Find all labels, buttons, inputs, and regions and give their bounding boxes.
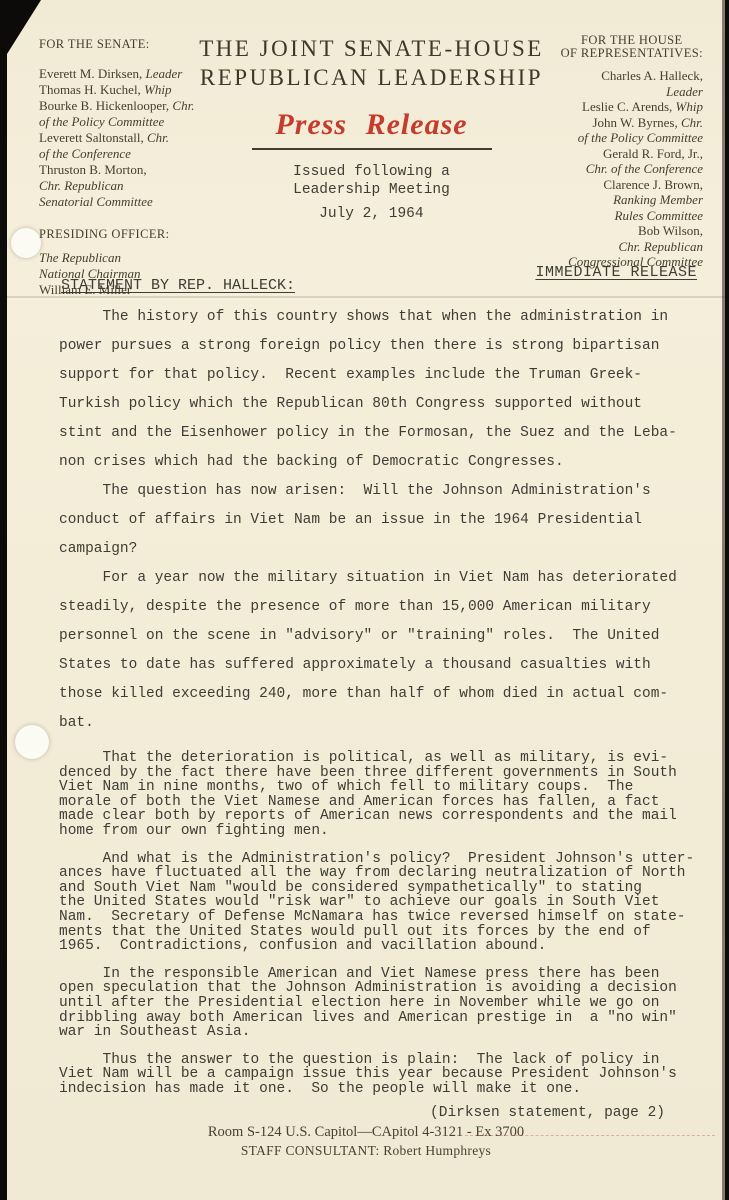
statement-body: The history of this country shows that w…: [59, 303, 715, 1121]
hole-punch: [11, 228, 41, 258]
body-paragraph: And what is the Administration's policy?…: [59, 852, 715, 954]
masthead-line: Gerald R. Ford, Jr.,: [498, 146, 703, 162]
masthead-line: Ranking Member: [498, 192, 703, 208]
house-heading: FOR THE HOUSE OF REPRESENTATIVES:: [561, 34, 703, 60]
masthead-line: John W. Byrnes, Chr.: [498, 115, 703, 131]
scanned-document-page: { "colors": { "paper": "#f3edd8", "accen…: [0, 0, 729, 1200]
scan-edge: [722, 0, 725, 1200]
house-leader-list: Charles A. Halleck,LeaderLeslie C. Arend…: [498, 68, 703, 270]
release-date: July 2, 1964: [319, 205, 450, 223]
press-release-rule: [252, 148, 492, 150]
body-paragraph: The question has now arisen: Will the Jo…: [59, 477, 715, 564]
hole-punch: [15, 725, 49, 759]
footer: Room S-124 U.S. Capitol—CApitol 4-3121 -…: [7, 1122, 725, 1160]
document-header: THE JOINT SENATE-HOUSE REPUBLICAN LEADER…: [199, 34, 544, 223]
footer-address-line: Room S-124 U.S. Capitol—CApitol 4-3121 -…: [7, 1122, 725, 1142]
masthead-line: of the Policy Committee: [498, 130, 703, 146]
body-paragraph: The history of this country shows that w…: [59, 303, 715, 477]
immediate-release-label: IMMEDIATE RELEASE: [535, 264, 697, 281]
masthead-line: Charles A. Halleck,: [498, 68, 703, 84]
page-title: THE JOINT SENATE-HOUSE REPUBLICAN LEADER…: [199, 34, 544, 92]
masthead-line: Chr. of the Conference: [498, 161, 703, 177]
title-line-1: THE JOINT SENATE-HOUSE: [199, 34, 544, 63]
press-release-label: Press Release: [199, 109, 544, 141]
masthead-line: Leader: [498, 84, 703, 100]
footer-staff-line: STAFF CONSULTANT: Robert Humphreys: [7, 1142, 725, 1160]
body-paragraph: That the deterioration is political, as …: [59, 751, 715, 839]
presiding-officer-heading: PRESIDING OFFICER:: [39, 226, 229, 242]
closing-note: (Dirksen statement, page 2): [59, 1105, 715, 1121]
paper-sheet: FOR THE SENATE: Everett M. Dirksen, Lead…: [7, 0, 725, 1200]
masthead-line: Chr. Republican: [498, 239, 703, 255]
masthead-line: Rules Committee: [498, 208, 703, 224]
body-paragraph: In the responsible American and Viet Nam…: [59, 967, 715, 1040]
issued-note-text: Issued following a Leadership Meeting: [293, 164, 450, 198]
body-paragraph: For a year now the military situation in…: [59, 564, 715, 738]
title-line-2: REPUBLICAN LEADERSHIP: [199, 63, 544, 92]
issued-note-wrap: Issued following a Leadership MeetingJul…: [199, 163, 544, 223]
masthead-line: Leslie C. Arends, Whip: [498, 99, 703, 115]
body-paragraph: Thus the answer to the question is plain…: [59, 1053, 715, 1097]
house-heading-line-2: OF REPRESENTATIVES:: [561, 47, 703, 60]
masthead-line: Bob Wilson,: [498, 223, 703, 239]
masthead-line: The Republican: [39, 250, 229, 266]
masthead-line: Clarence J. Brown,: [498, 177, 703, 193]
statement-heading: STATEMENT BY REP. HALLECK:: [61, 277, 295, 294]
house-leadership-column: FOR THE HOUSE OF REPRESENTATIVES: Charle…: [498, 34, 703, 270]
issued-note: Issued following a Leadership MeetingJul…: [293, 163, 450, 223]
